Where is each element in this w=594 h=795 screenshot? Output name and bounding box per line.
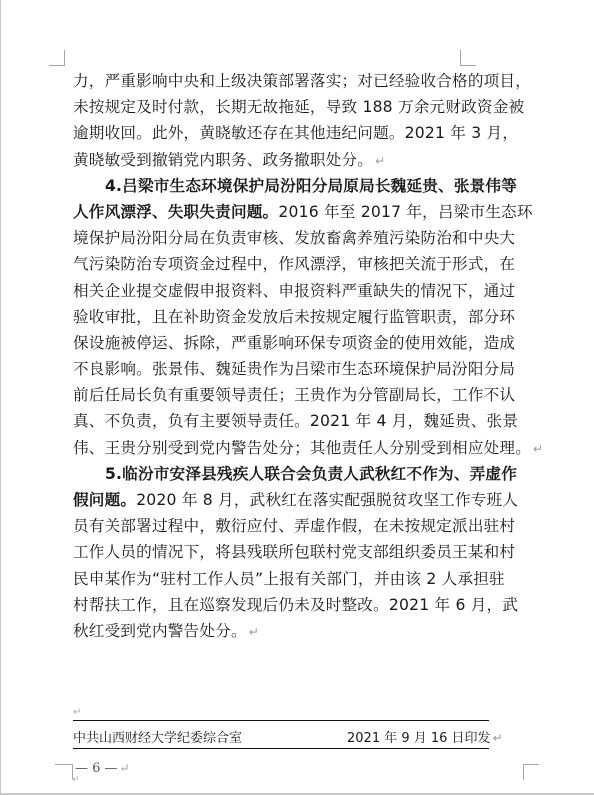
paragraph-mark-icon: ↵: [72, 775, 80, 785]
footer-divider-top: [73, 720, 489, 721]
text-line: 不良影响。张景伟、魏延贵作为吕梁市生态环境保护局汾阳分局: [73, 356, 549, 382]
section-heading: 5.临汾市安泽县残疾人联合会负责人武秋红不作为、弄虚作: [73, 461, 549, 487]
section-heading-end: 人作风漂浮、失职失责问题。: [73, 203, 278, 221]
text-line: 民申某作为“驻村工作人员”上报有关部门，并由该 2 人承担驻: [73, 566, 549, 592]
paragraph-mark-icon: ↵: [73, 707, 81, 718]
text-line: 村帮扶工作，且在巡察发现后仍未及时整改。2021 年 6 月，武: [73, 592, 549, 618]
section-heading-end: 假问题。: [73, 491, 136, 509]
paragraph-mark-icon: ↵: [493, 731, 503, 745]
text-line: 假问题。2020 年 8 月，武秋红在落实配强脱贫攻坚工作专班人: [73, 487, 549, 513]
text-line: 气污染防治专项资金过程中，作风漂浮，审核把关流于形式，在: [73, 251, 549, 277]
text-line: 伟、王贵分别受到党内警告处分；其他责任人分别受到相应处理。↵: [73, 435, 549, 461]
text-line: 真、不负责，负有主要领导责任。2021 年 4 月，魏延贵、张景: [73, 408, 549, 434]
margin-corner-bottom-right: [523, 764, 539, 780]
text-line: 保设施被停运、拆除，严重影响环保专项资金的使用效能，造成: [73, 330, 549, 356]
text-line: 员有关部署过程中，敷衍应付、弄虚作假，在未按规定派出驻村: [73, 513, 549, 539]
text-line: 人作风漂浮、失职失责问题。2016 年至 2017 年，吕梁市生态环: [73, 199, 549, 225]
document-page: 力，严重影响中央和上级决策部署落实；对已经验收合格的项目， 未按规定及时付款，长…: [0, 0, 594, 795]
footer-date: 2021 年 9 月 16 日印发↵: [347, 727, 503, 746]
text-line: 未按规定及时付款，长期无故拖延，导致 188 万余元财政资金被: [73, 94, 549, 120]
text-line: 前后任局长负有重要领导责任；王贵作为分管副局长，工作不认: [73, 382, 549, 408]
section-heading: 4.吕梁市生态环境保护局汾阳分局原局长魏延贵、张景伟等: [73, 173, 549, 199]
paragraph-mark-icon: ↵: [375, 154, 385, 168]
text-line: 逾期收回。此外，黄晓敏还存在其他违纪问题。2021 年 3 月，: [73, 120, 549, 146]
margin-corner-bottom-left: [55, 764, 73, 779]
footer-issuer: 中共山西财经大学纪委综合室: [73, 727, 242, 746]
paragraph-mark-icon: ↵: [120, 761, 130, 775]
text-line: 黄晓敏受到撤销党内职务、政务撤职处分。↵: [73, 147, 549, 173]
margin-corner-top-right: [460, 50, 476, 66]
paragraph-mark-icon: ↵: [249, 625, 259, 639]
document-body[interactable]: 力，严重影响中央和上级决策部署落实；对已经验收合格的项目， 未按规定及时付款，长…: [73, 68, 549, 644]
text-line: 验收审批，且在补助资金发放后未按规定履行监管职责，部分环: [73, 304, 549, 330]
margin-corner-top-left: [49, 50, 65, 66]
text-line: 秋红受到党内警告处分。↵: [73, 618, 549, 644]
text-line: 工作人员的情况下，将县残联所包联村党支部组织委员王某和村: [73, 539, 549, 565]
text-line: 力，严重影响中央和上级决策部署落实；对已经验收合格的项目，: [73, 68, 549, 94]
text-line: 境保护局汾阳分局在负责审核、发放畜禽养殖污染防治和中央大: [73, 225, 549, 251]
footer-divider-bottom: [73, 748, 489, 749]
text-line: 相关企业提交虚假申报资料、申报资料严重缺失的情况下，通过: [73, 278, 549, 304]
page-number: — 6 —↵: [75, 761, 130, 776]
paragraph-mark-icon: ↵: [533, 442, 543, 456]
